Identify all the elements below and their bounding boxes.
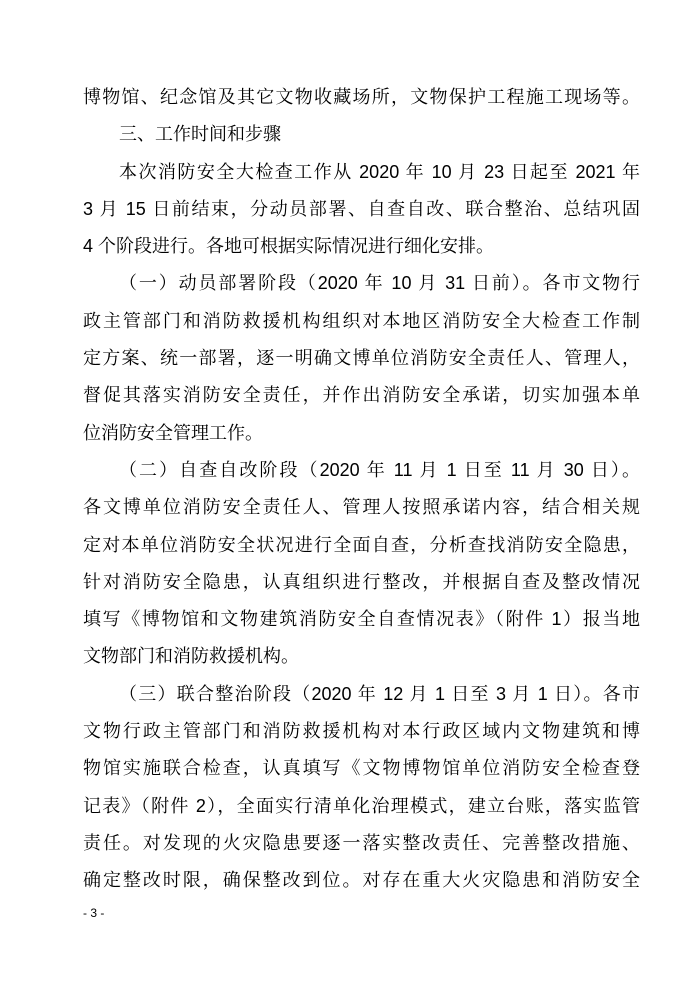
text-line: （一）动员部署阶段（2020 年 10 月 31 日前）。各市文物行 — [83, 265, 640, 302]
text-line: 定方案、统一部署，逐一明确文博单位消防安全责任人、管理人， — [83, 340, 640, 377]
document-page: 博物馆、纪念馆及其它文物收藏场所，文物保护工程施工现场等。 三、工作时间和步骤 … — [0, 0, 700, 989]
text-line: 确定整改时限，确保整改到位。对存在重大火灾隐患和消防安全 — [83, 862, 640, 899]
text-line: （三）联合整治阶段（2020 年 12 月 1 日至 3 月 1 日）。各市 — [83, 676, 640, 713]
text-line: 文物部门和消防救援机构。 — [83, 638, 640, 675]
page-number: - 3 - — [83, 905, 104, 921]
text-line: （二）自查自改阶段（2020 年 11 月 1 日至 11 月 30 日）。 — [83, 452, 640, 489]
text-line: 4 个阶段进行。各地可根据实际情况进行细化安排。 — [83, 228, 640, 265]
text-line: 物馆实施联合检查，认真填写《文物博物馆单位消防安全检查登 — [83, 750, 640, 787]
text-line: 政主管部门和消防救援机构组织对本地区消防安全大检查工作制 — [83, 303, 640, 340]
text-line: 文物行政主管部门和消防救援机构对本行政区域内文物建筑和博 — [83, 713, 640, 750]
text-line: 针对消防安全隐患，认真组织进行整改，并根据自查及整改情况 — [83, 564, 640, 601]
text-line: 各文博单位消防安全责任人、管理人按照承诺内容，结合相关规 — [83, 489, 640, 526]
text-line: 博物馆、纪念馆及其它文物收藏场所，文物保护工程施工现场等。 — [83, 79, 640, 116]
text-line: 责任。对发现的火灾隐患要逐一落实整改责任、完善整改措施、 — [83, 825, 640, 862]
text-line: 位消防安全管理工作。 — [83, 415, 640, 452]
text-line: 记表》（附件 2），全面实行清单化治理模式，建立台账，落实监管 — [83, 788, 640, 825]
text-line: 3 月 15 日前结束，分动员部署、自查自改、联合整治、总结巩固 — [83, 191, 640, 228]
document-body: 博物馆、纪念馆及其它文物收藏场所，文物保护工程施工现场等。 三、工作时间和步骤 … — [83, 79, 640, 900]
text-line: 定对本单位消防安全状况进行全面自查，分析查找消防安全隐患， — [83, 527, 640, 564]
text-line: 填写《博物馆和文物建筑消防安全自查情况表》（附件 1）报当地 — [83, 601, 640, 638]
text-line: 本次消防安全大检查工作从 2020 年 10 月 23 日起至 2021 年 — [83, 154, 640, 191]
section-heading: 三、工作时间和步骤 — [83, 116, 640, 153]
text-line: 督促其落实消防安全责任，并作出消防安全承诺，切实加强本单 — [83, 377, 640, 414]
